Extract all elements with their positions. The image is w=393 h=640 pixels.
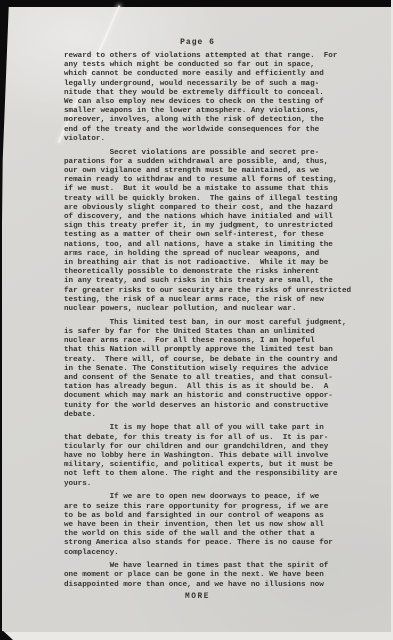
paragraph-6: We have learned in times past that the s… bbox=[64, 562, 366, 590]
paragraph-2: Secret violations are possible and secre… bbox=[64, 149, 366, 315]
paragraph-1: reward to others of violations attempted… bbox=[64, 52, 366, 144]
paragraph-4: It is my hope that all of you will take … bbox=[64, 424, 366, 488]
scanner-edge-bottom bbox=[0, 632, 393, 640]
document-page: Page 6 reward to others of violations at… bbox=[2, 7, 393, 632]
continuation-marker: MORE bbox=[2, 593, 393, 601]
document-body: reward to others of violations attempted… bbox=[64, 52, 366, 594]
paragraph-3: This limited test ban, in our most caref… bbox=[64, 319, 366, 420]
page-number-header: Page 6 bbox=[2, 38, 393, 47]
paragraph-5: If we are to open new doorways to peace,… bbox=[64, 493, 366, 557]
scanned-document-screenshot: { "page": { "header": "Page 6", "footer"… bbox=[0, 0, 393, 640]
